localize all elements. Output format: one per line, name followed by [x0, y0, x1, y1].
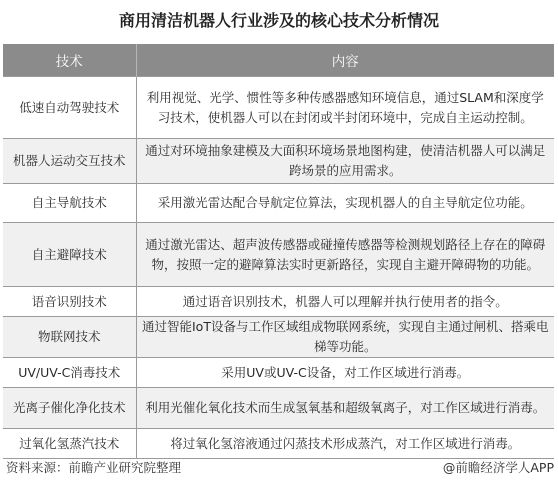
tech-name: 低速自动驾驶技术 [3, 77, 136, 139]
tech-name: 光离子催化净化技术 [3, 388, 136, 429]
table-header-row: 技术 内容 [3, 44, 554, 77]
table-row: 自主避障技术 通过激光雷达、超声波传感器或碰撞传感器等检测规划路径上存在的障碍物… [3, 223, 554, 287]
table-row: 机器人运动交互技术 通过对环境抽象建模及大面积环境场景地图构建，使清洁机器人可以… [3, 139, 554, 184]
technology-table: 技术 内容 低速自动驾驶技术 利用视觉、光学、惯性等多种传感器感知环境信息，通过… [3, 44, 554, 459]
tech-name: 过氧化氢蒸汽技术 [3, 429, 136, 459]
tech-content: 采用UV或UV-C设备，对工作区域进行消毒。 [136, 358, 554, 388]
table-row: 过氧化氢蒸汽技术 将过氧化氢溶液通过闪蒸技术形成蒸汽，对工作区域进行消毒。 [3, 429, 554, 459]
tech-content: 通过激光雷达、超声波传感器或碰撞传感器等检测规划路径上存在的障碍物，按照一定的避… [136, 223, 554, 287]
tech-name: 物联网技术 [3, 317, 136, 358]
tech-name: UV/UV-C消毒技术 [3, 358, 136, 388]
tech-content: 将过氧化氢溶液通过闪蒸技术形成蒸汽，对工作区域进行消毒。 [136, 429, 554, 459]
tech-content: 利用光催化氧化技术而生成氢氧基和超级氧离子，对工作区域进行消毒。 [136, 388, 554, 429]
table-row: 物联网技术 通过智能IoT设备与工作区域组成物联网系统，实现自主通过闸机、搭乘电… [3, 317, 554, 358]
table-row: 语音识别技术 通过语音识别技术，机器人可以理解并执行使用者的指令。 [3, 287, 554, 317]
table-row: UV/UV-C消毒技术 采用UV或UV-C设备，对工作区域进行消毒。 [3, 358, 554, 388]
source-note: 资料来源：前瞻产业研究院整理 [6, 458, 181, 476]
table-row: 光离子催化净化技术 利用光催化氧化技术而生成氢氧基和超级氧离子，对工作区域进行消… [3, 388, 554, 429]
tech-content: 利用视觉、光学、惯性等多种传感器感知环境信息，通过SLAM和深度学习技术，使机器… [136, 77, 554, 139]
tech-name: 语音识别技术 [3, 287, 136, 317]
credit-watermark: @前瞻经济学人APP [443, 458, 554, 476]
tech-name: 机器人运动交互技术 [3, 139, 136, 184]
column-header-content: 内容 [136, 44, 554, 77]
column-header-technology: 技术 [3, 44, 136, 77]
table-row: 低速自动驾驶技术 利用视觉、光学、惯性等多种传感器感知环境信息，通过SLAM和深… [3, 77, 554, 139]
table-row: 自主导航技术 采用激光雷达配合导航定位算法，实现机器人的自主导航定位功能。 [3, 184, 554, 223]
tech-content: 采用激光雷达配合导航定位算法，实现机器人的自主导航定位功能。 [136, 184, 554, 223]
tech-name: 自主避障技术 [3, 223, 136, 287]
tech-content: 通过智能IoT设备与工作区域组成物联网系统，实现自主通过闸机、搭乘电梯等功能。 [136, 317, 554, 358]
tech-name: 自主导航技术 [3, 184, 136, 223]
tech-content: 通过语音识别技术，机器人可以理解并执行使用者的指令。 [136, 287, 554, 317]
tech-content: 通过对环境抽象建模及大面积环境场景地图构建，使清洁机器人可以满足跨场景的应用需求… [136, 139, 554, 184]
page-title: 商用清洁机器人行业涉及的核心技术分析情况 [0, 8, 558, 31]
